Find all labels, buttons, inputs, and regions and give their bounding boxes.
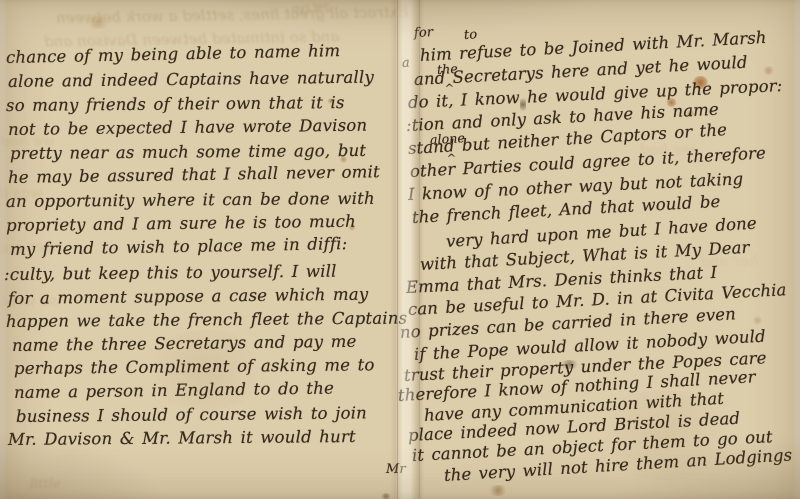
handwriting-line: Mr. Davison & Mr. Marsh it would hurt xyxy=(8,427,356,449)
manuscript-photo: Extract all great lines, settled a work … xyxy=(0,0,800,499)
inserted-word: for xyxy=(414,25,434,41)
handwriting-line: perhaps the Compliment of asking me to xyxy=(14,355,375,378)
showthrough-word-bottom: little xyxy=(30,477,61,493)
left-page-edge xyxy=(0,0,7,499)
handwriting-line: an opportunity where it can be done with xyxy=(6,189,375,211)
handwriting-line: happen we take the french fleet the Capt… xyxy=(6,308,407,331)
corner-ghost-mark: 29l typ xyxy=(292,2,331,16)
right-page-edge xyxy=(793,0,800,499)
catchword: Mr xyxy=(386,462,406,477)
handwriting-line: business I should of course wish to join xyxy=(16,403,367,426)
handwriting-line: :culty, but keep this to yourself. I wil… xyxy=(4,262,337,284)
inserted-word: to xyxy=(464,27,478,43)
handwriting-line: so many friends of their own that it is xyxy=(6,93,345,115)
inserted-word: a xyxy=(402,56,411,71)
handwriting-line: pretty near as much some time ago, but xyxy=(10,141,366,163)
